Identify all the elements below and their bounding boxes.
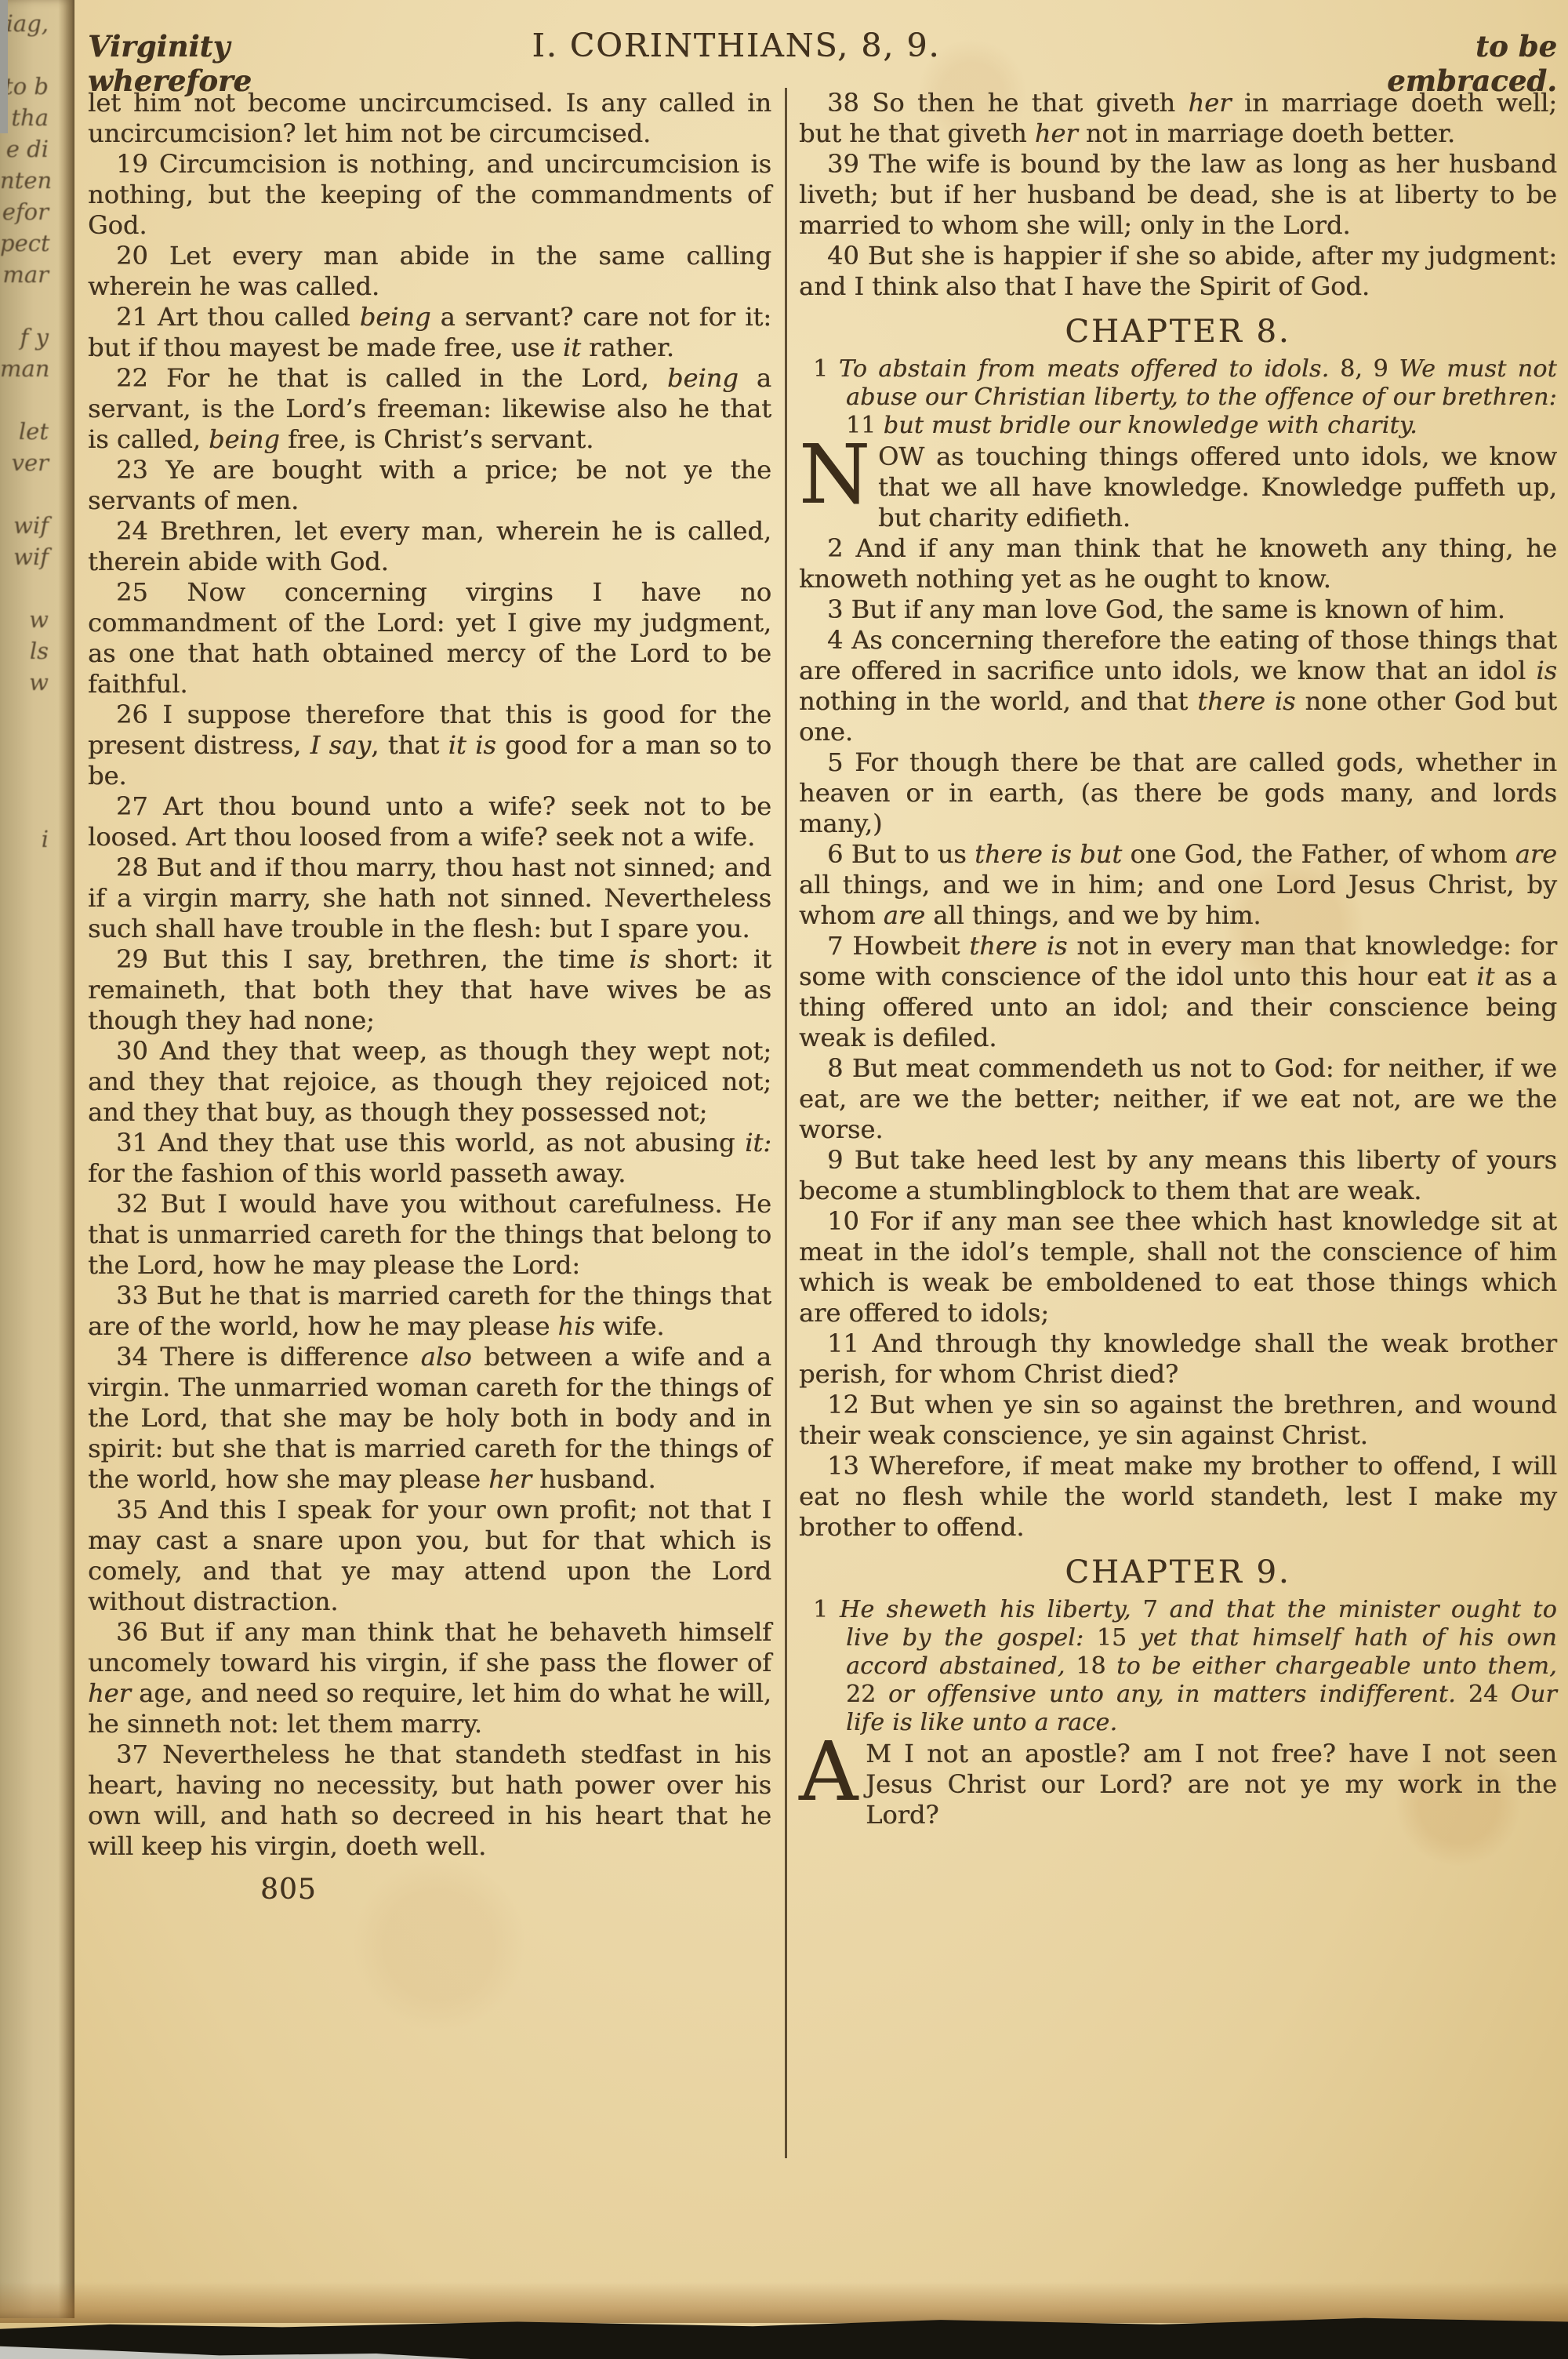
edge-fragment: nten bbox=[0, 165, 50, 196]
verse-paragraph: 12 But when ye sin so against the brethr… bbox=[799, 1390, 1557, 1451]
edge-fragment bbox=[0, 698, 50, 729]
edge-fragment: ver bbox=[0, 447, 50, 478]
verse-paragraph: 31 And they that use this world, as not … bbox=[88, 1128, 771, 1189]
verse-paragraph: 11 And through thy knowledge shall the w… bbox=[799, 1329, 1557, 1390]
edge-fragment: wif bbox=[0, 541, 50, 572]
verse-paragraph: 9 But take heed lest by any means this l… bbox=[799, 1145, 1557, 1206]
chapter-summary: 1 To abstain from meats offered to idols… bbox=[799, 355, 1557, 440]
book-bottom-edge bbox=[0, 2314, 1568, 2359]
chapter-heading: CHAPTER 9. bbox=[799, 1555, 1557, 1590]
column-divider-rule bbox=[785, 88, 787, 2158]
verse-paragraph: 22 For he that is called in the Lord, be… bbox=[88, 363, 771, 455]
edge-fragment: pect bbox=[0, 227, 50, 259]
edge-fragment: mar bbox=[0, 259, 50, 290]
verse-paragraph: 35 And this I speak for your own profit;… bbox=[88, 1495, 771, 1617]
verse-paragraph: 39 The wife is bound by the law as long … bbox=[799, 149, 1557, 241]
verse-paragraph: 7 Howbeit there is not in every man that… bbox=[799, 931, 1557, 1053]
column-left: let him not become uncircumcised. Is any… bbox=[88, 88, 771, 1905]
edge-fragment bbox=[0, 384, 50, 416]
edge-fragment bbox=[0, 478, 50, 510]
edge-fragment: e di bbox=[0, 133, 50, 165]
burnt-page-edge bbox=[0, 2282, 1568, 2323]
verse-paragraph: 13 Wherefore, if meat make my brother to… bbox=[799, 1451, 1557, 1543]
drop-cap-letter: N bbox=[799, 444, 870, 505]
page-content: Virginity wherefore I. CORINTHIANS, 8, 9… bbox=[88, 27, 1557, 2158]
chapter-heading: CHAPTER 8. bbox=[799, 314, 1557, 349]
verse-paragraph: NOW as touching things offered unto idol… bbox=[799, 442, 1557, 533]
verse-paragraph: 8 But meat commendeth us not to God: for… bbox=[799, 1053, 1557, 1145]
edge-fragment bbox=[0, 572, 50, 604]
edge-fragment: wif bbox=[0, 510, 50, 541]
running-head: Virginity wherefore I. CORINTHIANS, 8, 9… bbox=[88, 27, 1557, 64]
verse-paragraph: 3 But if any man love God, the same is k… bbox=[799, 594, 1557, 625]
edge-fragment: efor bbox=[0, 196, 50, 227]
edge-fragment: w bbox=[0, 604, 50, 635]
edge-fragment: i bbox=[0, 823, 50, 855]
verse-paragraph: 26 I suppose therefore that this is good… bbox=[88, 700, 771, 791]
verse-paragraph: 25 Now concerning virgins I have no comm… bbox=[88, 577, 771, 700]
verse-paragraph: 29 But this I say, brethren, the time is… bbox=[88, 944, 771, 1036]
edge-fragment bbox=[0, 290, 50, 322]
verse-paragraph: 6 But to us there is but one God, the Fa… bbox=[799, 839, 1557, 931]
edge-text-fragments: iag,to bthae dinteneforpectmarf ymanletv… bbox=[0, 8, 50, 855]
edge-fragment bbox=[0, 792, 50, 823]
verse-paragraph: 28 But and if thou marry, thou hast not … bbox=[88, 852, 771, 944]
verse-paragraph: let him not become uncircumcised. Is any… bbox=[88, 88, 771, 149]
drop-cap-letter: A bbox=[799, 1741, 858, 1802]
edge-fragment bbox=[0, 729, 50, 761]
verse-paragraph: 30 And they that weep, as though they we… bbox=[88, 1036, 771, 1128]
verse-paragraph: 27 Art thou bound unto a wife? seek not … bbox=[88, 791, 771, 852]
verse-paragraph: 38 So then he that giveth her in marriag… bbox=[799, 88, 1557, 149]
verse-paragraph: 24 Brethren, let every man, wherein he i… bbox=[88, 516, 771, 577]
verse-paragraph: 32 But I would have you without carefuln… bbox=[88, 1189, 771, 1281]
verse-paragraph: 36 But if any man think that he behaveth… bbox=[88, 1617, 771, 1739]
edge-fragment bbox=[0, 761, 50, 792]
previous-page-edge: iag,to bthae dinteneforpectmarf ymanletv… bbox=[0, 0, 74, 2318]
verse-paragraph: 10 For if any man see thee which hast kn… bbox=[799, 1206, 1557, 1329]
verse-paragraph: 5 For though there be that are called go… bbox=[799, 747, 1557, 839]
verse-paragraph: 20 Let every man abide in the same calli… bbox=[88, 241, 771, 302]
edge-fragment: ls bbox=[0, 635, 50, 667]
verse-paragraph: 33 But he that is married careth for the… bbox=[88, 1281, 771, 1342]
verse-paragraph: 19 Circumcision is nothing, and uncircum… bbox=[88, 149, 771, 241]
page-number: 805 bbox=[88, 1874, 771, 1905]
chapter-summary: 1 He sheweth his liberty, 7 and that the… bbox=[799, 1596, 1557, 1737]
running-head-title: I. CORINTHIANS, 8, 9. bbox=[260, 27, 1212, 64]
edge-fragment: man bbox=[0, 353, 50, 384]
edge-fragment: w bbox=[0, 667, 50, 698]
edge-fragment: f y bbox=[0, 322, 50, 353]
verse-paragraph: 4 As concerning therefore the eating of … bbox=[799, 625, 1557, 747]
verse-paragraph: 2 And if any man think that he knoweth a… bbox=[799, 533, 1557, 594]
verse-paragraph: AM I not an apostle? am I not free? have… bbox=[799, 1739, 1557, 1830]
bible-page: iag,to bthae dinteneforpectmarf ymanletv… bbox=[0, 0, 1568, 2359]
text-columns: let him not become uncircumcised. Is any… bbox=[88, 88, 1557, 2158]
verse-paragraph: 40 But she is happier if she so abide, a… bbox=[799, 241, 1557, 302]
verse-paragraph: 34 There is difference also between a wi… bbox=[88, 1342, 771, 1495]
verse-paragraph: 23 Ye are bought with a price; be not ye… bbox=[88, 455, 771, 516]
column-right: 38 So then he that giveth her in marriag… bbox=[799, 88, 1557, 1830]
gutter-corner bbox=[0, 0, 8, 133]
verse-paragraph: 21 Art thou called being a servant? care… bbox=[88, 302, 771, 363]
verse-paragraph: 37 Nevertheless he that standeth stedfas… bbox=[88, 1739, 771, 1862]
edge-fragment: let bbox=[0, 416, 50, 447]
